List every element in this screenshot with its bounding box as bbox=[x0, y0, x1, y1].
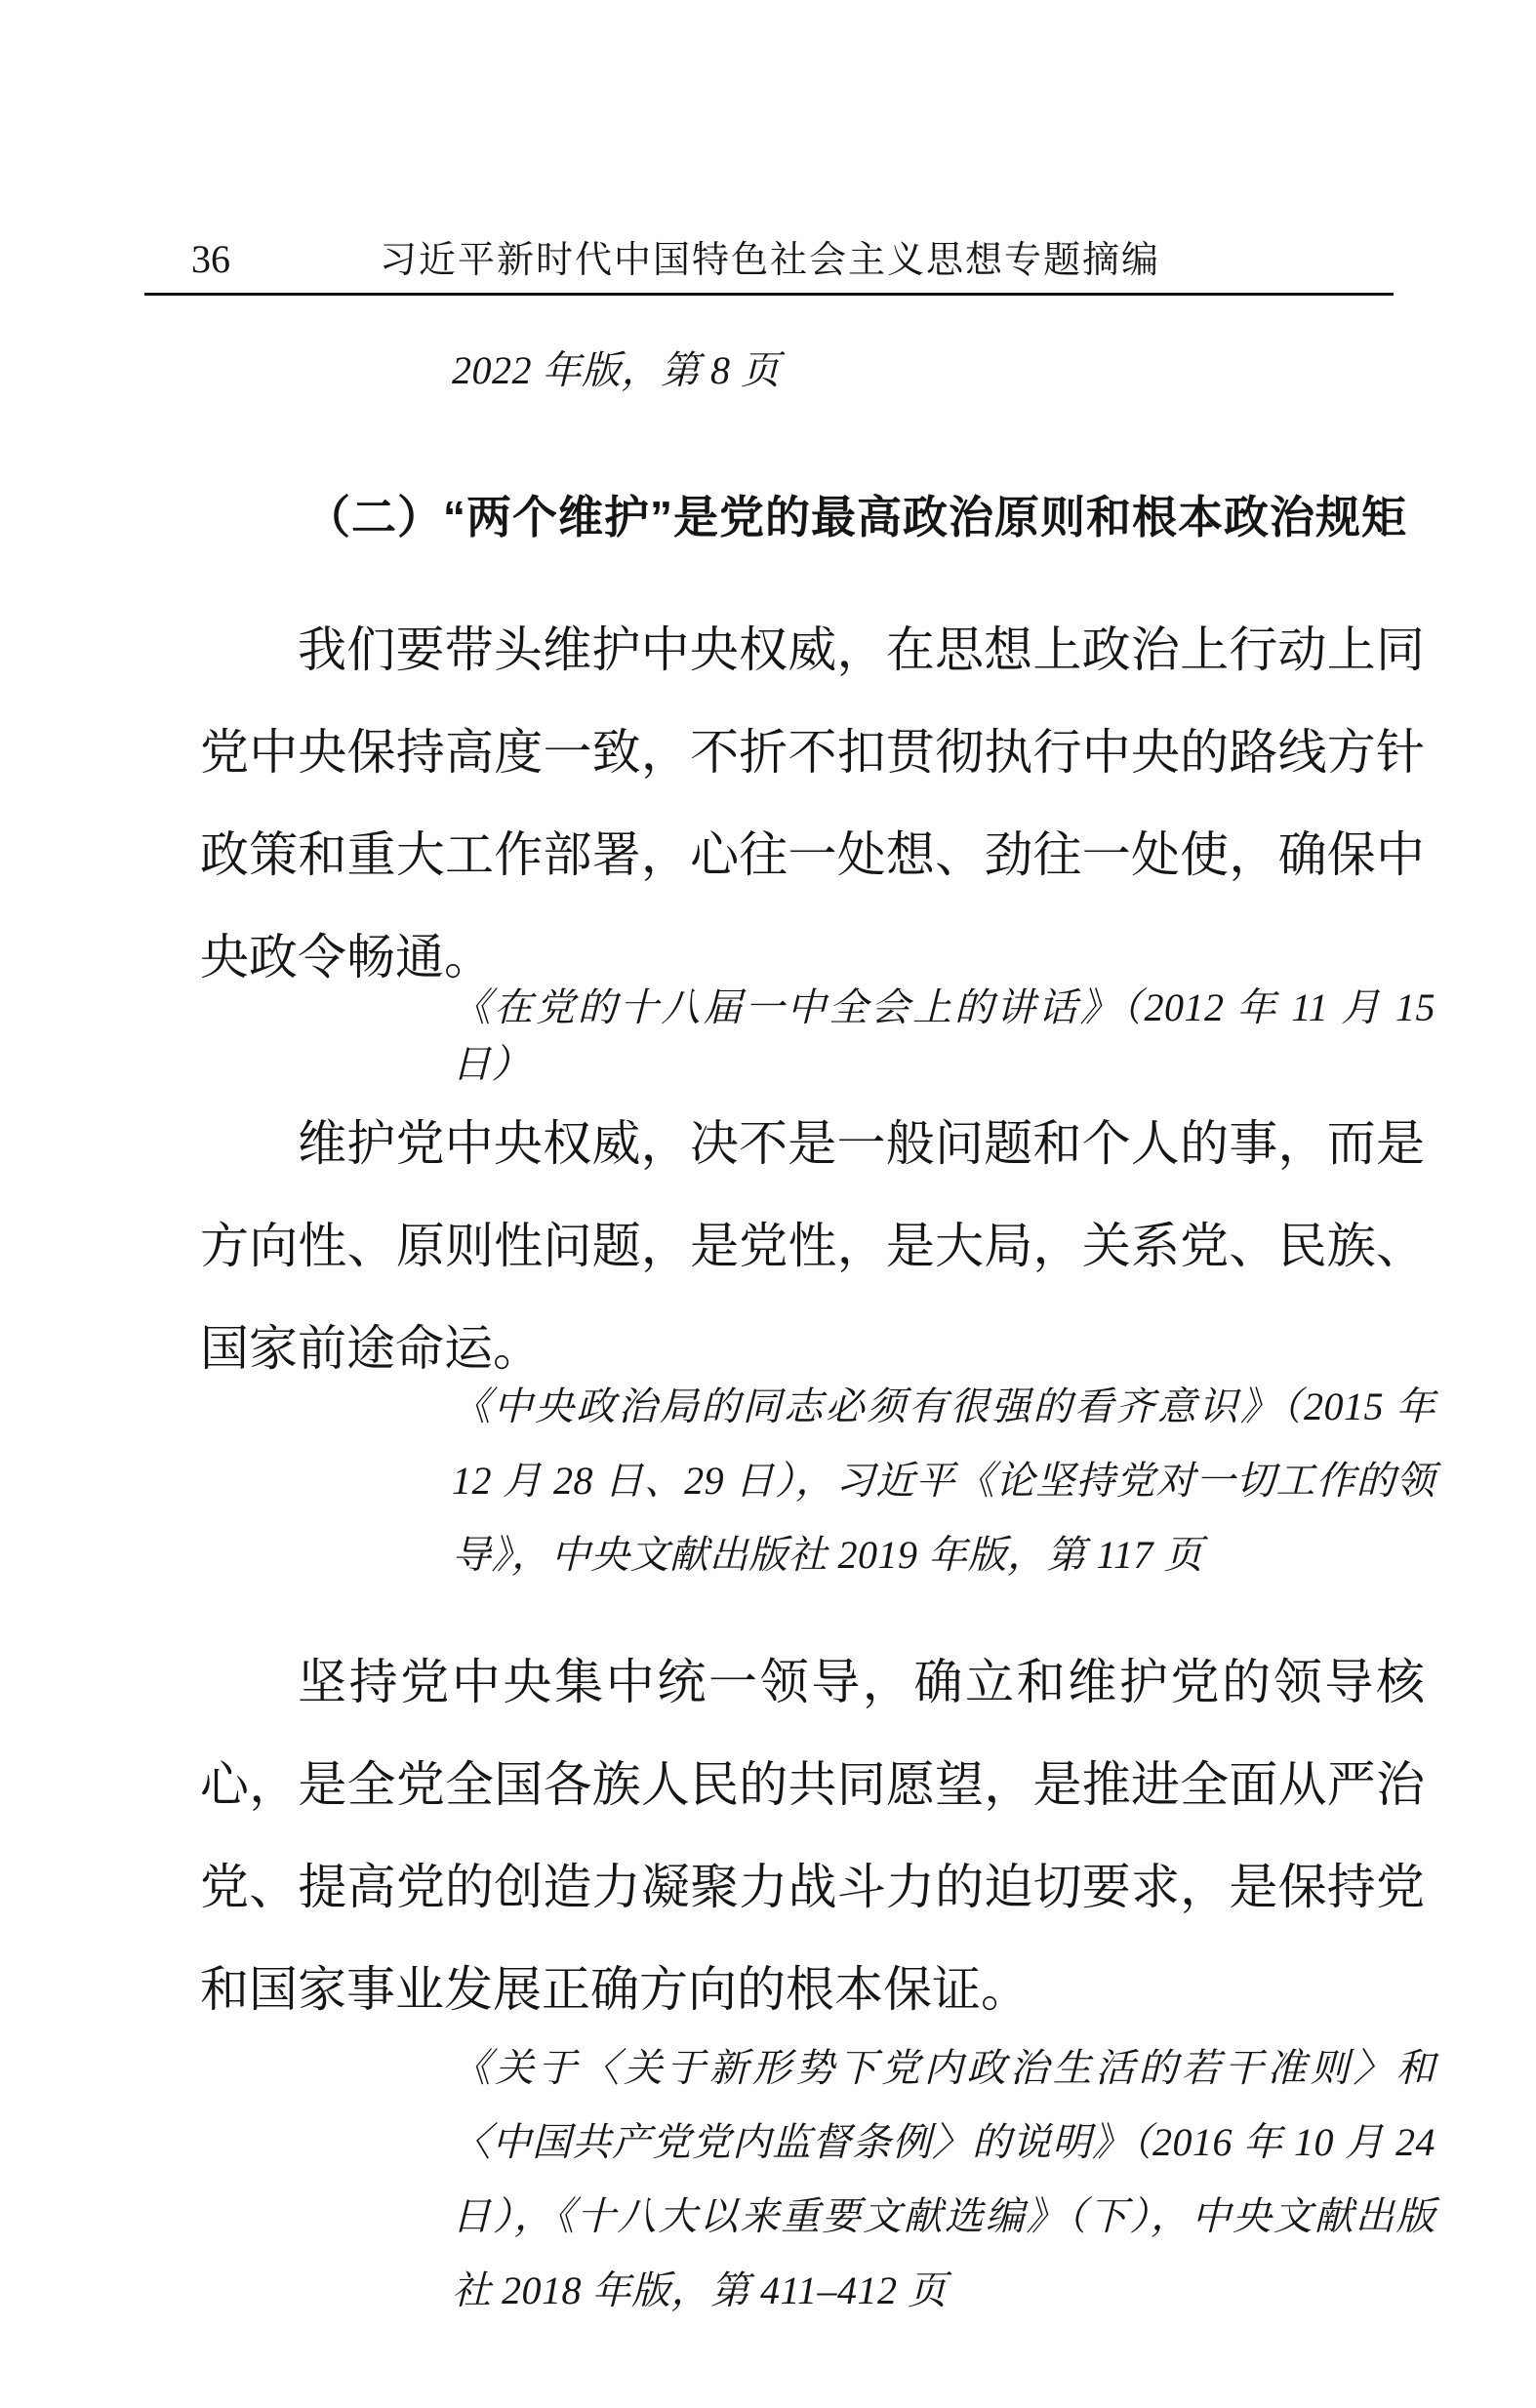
running-title: 习近平新时代中国特色社会主义思想专题摘编 bbox=[146, 238, 1394, 283]
passage-2-text: 维护党中央权威，决不是一般问题和个人的事，而是方向性、原则性问题，是党性，是大局… bbox=[200, 1093, 1425, 1400]
passage-2-citation: 《中央政治局的同志必须有很强的看齐意识》（2015 年 12 月 28 日、29… bbox=[452, 1370, 1435, 1592]
section-heading: （二）“两个维护”是党的最高政治原则和根本政治规矩 bbox=[305, 488, 1457, 546]
passage-3-citation: 《关于〈关于新形势下党内政治生活的若干准则〉和〈中国共产党党内监督条例〉的说明》… bbox=[452, 2031, 1435, 2328]
book-page: 36 习近平新时代中国特色社会主义思想专题摘编 2022 年版，第 8 页 （二… bbox=[0, 0, 1536, 2408]
previous-citation-tail: 2022 年版，第 8 页 bbox=[452, 343, 1435, 398]
passage-1-text: 我们要带头维护中央权威，在思想上政治上行动上同党中央保持高度一致，不折不扣贯彻执… bbox=[200, 599, 1425, 1009]
header-rule bbox=[144, 293, 1394, 296]
passage-1-citation: 《在党的十八届一中全会上的讲话》（2012 年 11 月 15 日） bbox=[452, 980, 1435, 1093]
passage-3-text: 坚持党中央集中统一领导，确立和维护党的领导核心，是全党全国各族人民的共同愿望，是… bbox=[200, 1631, 1425, 2041]
page-header: 36 习近平新时代中国特色社会主义思想专题摘编 bbox=[146, 232, 1394, 287]
